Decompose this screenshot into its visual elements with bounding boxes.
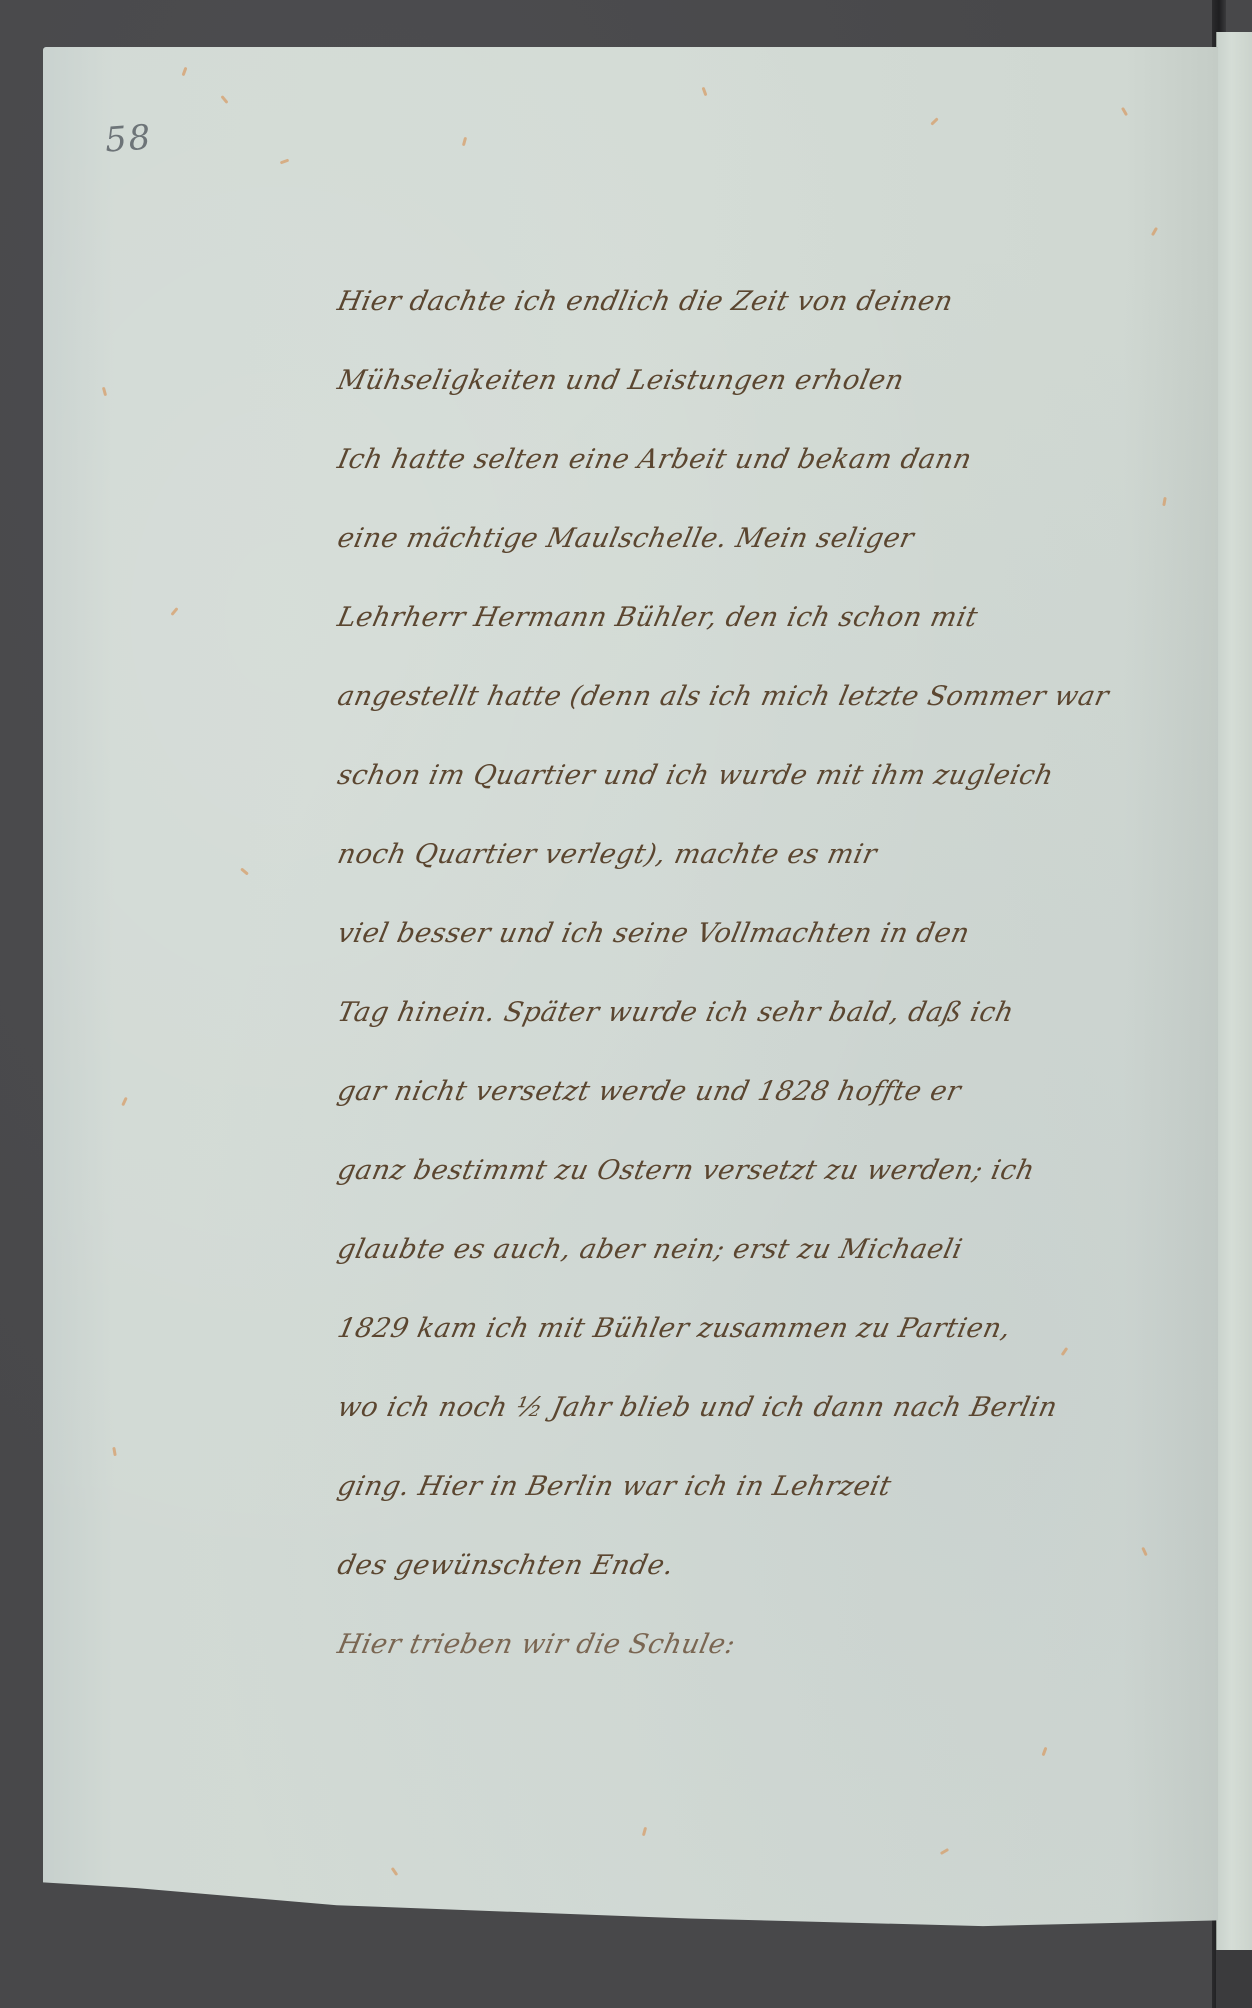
paper-fleck (170, 607, 178, 616)
manuscript-line: ganz bestimmt zu Ostern versetzt zu werd… (330, 1131, 1167, 1210)
manuscript-line: Lehrherr Hermann Bühler, den ich schon m… (330, 578, 1167, 657)
paper-fleck (1042, 1747, 1048, 1756)
manuscript-line: glaubte es auch, aber nein; erst zu Mich… (330, 1210, 1167, 1289)
paper-fleck (462, 137, 467, 146)
manuscript-line: angestellt hatte (denn als ich mich letz… (330, 657, 1167, 736)
paper-fleck (112, 1447, 117, 1456)
manuscript-line: Hier dachte ich endlich die Zeit von dei… (330, 262, 1167, 341)
manuscript-line: des gewünschten Ende. (330, 1526, 1167, 1605)
manuscript-line: Ich hatte selten eine Arbeit und bekam d… (330, 420, 1167, 499)
manuscript-line: schon im Quartier und ich wurde mit ihm … (330, 736, 1167, 815)
paper-fleck (642, 1827, 647, 1836)
paper-fleck (940, 1848, 949, 1855)
paper-fleck (121, 1097, 128, 1106)
paper-fleck (102, 387, 107, 396)
manuscript-line: ging. Hier in Berlin war ich in Lehrzeit (330, 1447, 1167, 1526)
paper-fleck (182, 67, 188, 76)
paper-fleck (702, 87, 708, 96)
manuscript-line: eine mächtige Maulschelle. Mein seliger (330, 499, 1167, 578)
paper-fleck (1121, 107, 1128, 116)
paper-fleck (930, 117, 938, 125)
manuscript-line: wo ich noch ½ Jahr blieb und ich dann na… (330, 1368, 1167, 1447)
page-number: 58 (104, 117, 154, 160)
manuscript-line: Mühseligkeiten und Leistungen erholen (330, 341, 1167, 420)
paper-fleck (240, 867, 249, 875)
manuscript-line: Hier trieben wir die Schule: (330, 1605, 1167, 1684)
paper-fleck (1151, 227, 1158, 236)
paper-fleck (220, 95, 228, 104)
manuscript-line: 1829 kam ich mit Bühler zusammen zu Part… (330, 1289, 1167, 1368)
next-page-shadow (1216, 1950, 1252, 2008)
paper-fleck (280, 159, 289, 165)
handwritten-text-block: Hier dachte ich endlich die Zeit von dei… (338, 262, 1158, 1684)
manuscript-line: Tag hinein. Später wurde ich sehr bald, … (330, 973, 1167, 1052)
manuscript-line: viel besser und ich seine Vollmachten in… (330, 894, 1167, 973)
next-page-edge (1216, 32, 1252, 1957)
paper-fleck (391, 1867, 399, 1876)
manuscript-line: gar nicht versetzt werde und 1828 hoffte… (330, 1052, 1167, 1131)
manuscript-line: noch Quartier verlegt), machte es mir (330, 815, 1167, 894)
